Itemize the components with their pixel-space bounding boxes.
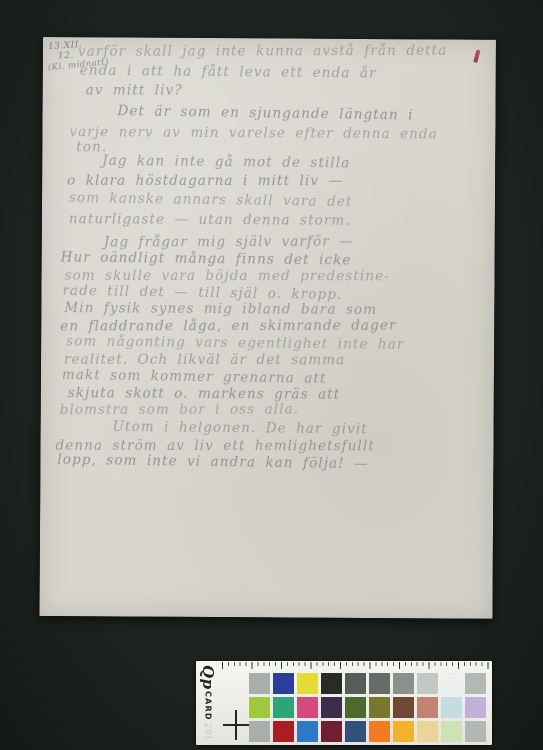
handwriting-block: varför skall jag inte kunna avstå från d…	[43, 37, 496, 40]
color-swatch	[249, 697, 270, 718]
color-swatch	[417, 721, 438, 742]
handwriting-line: blomstra som bor i oss alla.	[60, 402, 299, 419]
qpcard-swatch-grid	[249, 673, 486, 742]
red-crayon-mark	[473, 49, 480, 63]
color-swatch	[345, 673, 366, 694]
color-swatch	[393, 673, 414, 694]
color-swatch	[417, 673, 438, 694]
handwriting-line: Jag frågar mig själv varför —	[104, 234, 354, 251]
handwriting-line: Min fysik synes mig ibland bara som	[64, 300, 377, 318]
color-swatch	[249, 721, 270, 742]
handwriting-line: Hur oändligt många finns det icke	[61, 249, 352, 268]
handwriting-line: en fladdrande låga, en skimrande dager	[60, 318, 396, 335]
color-swatch	[297, 673, 318, 694]
color-swatch	[297, 697, 318, 718]
handwriting-line: varje nerv av min varelse efter denna en…	[69, 124, 438, 142]
color-swatch	[273, 721, 294, 742]
handwriting-line: som någonting vars egentlighet inte har	[66, 333, 404, 353]
handwriting-line: Det är som en sjungande längtan i	[117, 103, 413, 123]
qpcard-logo-big: Qp	[199, 665, 217, 690]
color-swatch	[321, 721, 342, 742]
qpcard-logo: QpCARD201	[199, 665, 217, 731]
ruler-scale	[222, 662, 490, 671]
color-swatch	[369, 673, 390, 694]
color-swatch	[465, 697, 486, 718]
color-swatch	[249, 673, 270, 694]
color-swatch	[273, 673, 294, 694]
handwriting-line: som skulle vara böjda med predestine-	[65, 268, 390, 285]
color-swatch	[417, 697, 438, 718]
handwriting-line: skjuta skott o. markens gräs att	[68, 385, 341, 403]
handwriting-line: som kanske annars skall vara det	[69, 190, 353, 210]
color-swatch	[393, 697, 414, 718]
color-swatch	[441, 673, 462, 694]
color-swatch	[321, 673, 342, 694]
color-swatch	[273, 697, 294, 718]
color-swatch	[441, 721, 462, 742]
color-swatch	[441, 697, 462, 718]
color-swatch	[369, 721, 390, 742]
color-swatch	[297, 721, 318, 742]
handwriting-line: Jag kan inte gå mot de stilla	[102, 153, 350, 172]
handwriting-line: o klara höstdagarna i mitt liv —	[67, 173, 343, 189]
qpcard-logo-caps: CARD	[204, 691, 213, 721]
crosshair-vertical-bar	[235, 710, 238, 740]
color-swatch	[345, 697, 366, 718]
handwriting-line: makt som kommer grenarna att	[62, 367, 327, 387]
color-swatch	[321, 697, 342, 718]
handwriting-line: enda i att ha fått leva ett enda år	[80, 63, 377, 82]
ruler-major-ticks	[222, 662, 490, 669]
crosshair-icon	[223, 710, 249, 740]
color-swatch	[369, 697, 390, 718]
handwriting-line: av mitt liv?	[86, 82, 183, 98]
color-swatch	[345, 721, 366, 742]
color-swatch	[465, 721, 486, 742]
color-calibration-card: QpCARD201	[196, 661, 492, 745]
scan-background: 13.XII. 12. (Kl. midnatt) varför skall j…	[0, 0, 543, 750]
handwriting-line: Utom i helgonen. De har givit	[113, 419, 368, 438]
handwriting-line: lopp, som inte vi andra kan följa! —	[57, 452, 369, 473]
handwriting-line: varför skall jag inte kunna avstå från d…	[78, 43, 447, 60]
manuscript-page: 13.XII. 12. (Kl. midnatt) varför skall j…	[39, 37, 496, 619]
color-swatch	[465, 673, 486, 694]
qpcard-model-number: 201	[204, 723, 213, 741]
color-swatch	[393, 721, 414, 742]
handwriting-line: naturligaste — utan denna storm.	[69, 211, 351, 229]
handwriting-line: realitet. Och likväl är det samma	[64, 352, 345, 368]
